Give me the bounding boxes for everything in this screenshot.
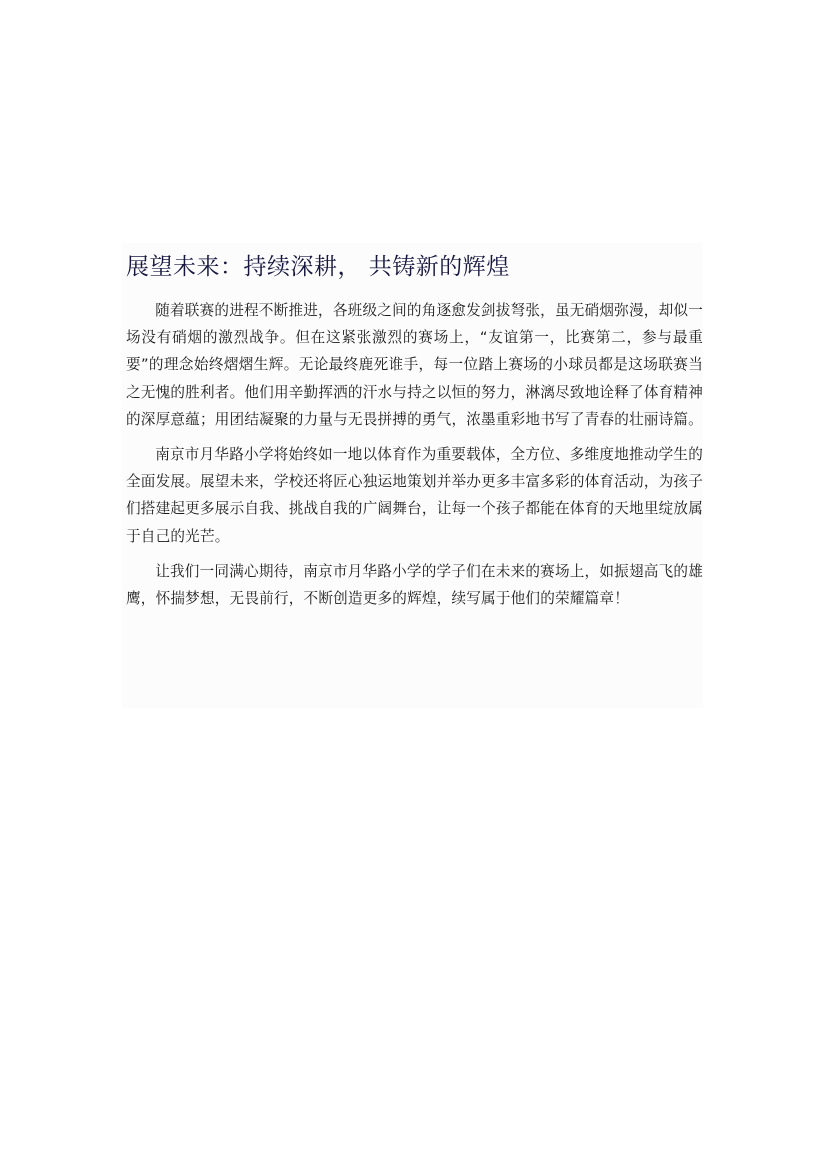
section-heading: 展望未来：持续深耕， 共铸新的辉煌 — [126, 252, 510, 282]
article-body: 随着联赛的进程不断推进，各班级之间的角逐愈发剑拔弩张，虽无硝烟弥漫，却似一场没有… — [126, 297, 703, 612]
paragraph-closing: 让我们一同满心期待，南京市月华路小学的学子们在未来的赛场上，如振翅高飞的雄鹰，怀… — [126, 558, 703, 612]
paragraph-school-future: 南京市月华路小学将始终如一地以体育作为重要载体，全方位、多维度地推动学生的全面发… — [126, 441, 703, 550]
paragraph-league-spirit: 随着联赛的进程不断推进，各班级之间的角逐愈发剑拔弩张，虽无硝烟弥漫，却似一场没有… — [126, 297, 703, 433]
article-section: 展望未来：持续深耕， 共铸新的辉煌 随着联赛的进程不断推进，各班级之间的角逐愈发… — [122, 243, 703, 708]
